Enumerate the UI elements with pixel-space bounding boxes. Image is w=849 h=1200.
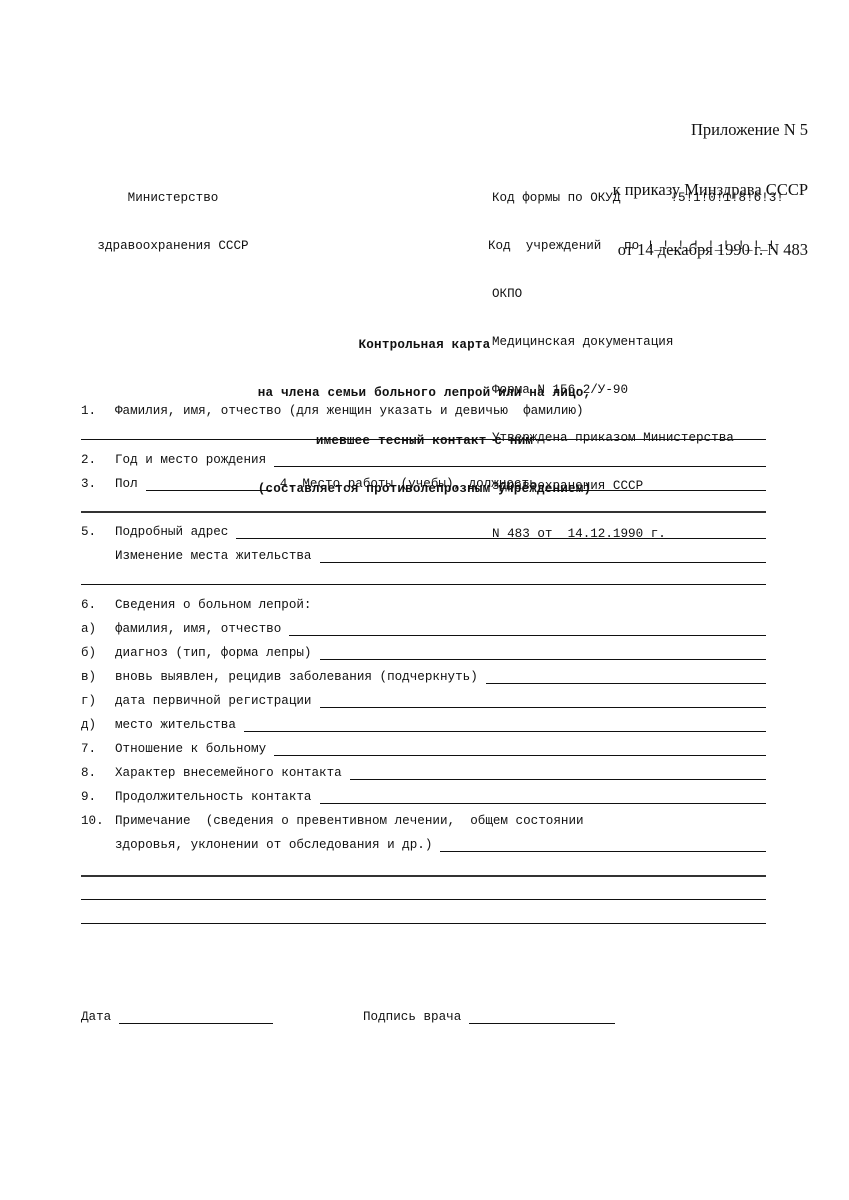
field-patient-info: 6. Сведения о больном лепрой: [81,594,766,612]
ministry-block: Министерство здравоохранения СССР [88,158,258,270]
field-notes-continued: здоровья, уклонении от обследования и др… [81,834,766,852]
field-label: 4. Место работы (учебы), должность [280,477,537,491]
notes-line-1[interactable] [81,875,766,877]
ministry-line-1: Министерство [88,190,258,206]
field-number: 6. [81,598,115,612]
work-input-line[interactable] [545,478,766,491]
okpo-label: Код учреждений по [488,239,639,253]
address-input-line[interactable] [236,526,766,539]
field-number: б) [81,646,115,660]
field-address: 5. Подробный адрес [81,521,766,539]
notes-line-3[interactable] [81,923,766,924]
notes-input-line[interactable] [440,839,766,852]
signature-label: Подпись врача [363,1010,461,1024]
field-sex-work: 3. Пол 4. Место работы (учебы), должност… [81,473,766,491]
okud-label: Код формы по ОКУД [492,191,620,205]
field-label: Год и место рождения [115,453,266,467]
field-label: Изменение места жительства [115,549,312,563]
work-continuation-line[interactable] [81,511,766,513]
okpo-suffix: ОКПО [492,286,784,302]
footer-signature: Подпись врача [363,1006,615,1024]
patient-name-input-line[interactable] [289,623,766,636]
field-label: фамилия, имя, отчество [115,622,281,636]
registration-date-input-line[interactable] [320,695,767,708]
field-label: Отношение к больному [115,742,266,756]
field-contact-type: 8. Характер внесемейного контакта [81,762,766,780]
okud-code: !5!1!0!1!8!6!3! [670,191,783,205]
title-line-2: на члена семьи больного лепрой или на ли… [0,385,849,401]
field-number: а) [81,622,115,636]
field-registration-date: г) дата первичной регистрации [81,690,766,708]
field-relationship: 7. Отношение к больному [81,738,766,756]
sex-input-line[interactable] [146,478,272,491]
field-contact-duration: 9. Продолжительность контакта [81,786,766,804]
okpo-code-field[interactable]: !_!_!_!_!_!_!_!_! [647,239,775,253]
field-number: в) [81,670,115,684]
field-label: Характер внесемейного контакта [115,766,342,780]
full-name-input-line[interactable] [81,439,766,440]
field-label: диагноз (тип, форма лепры) [115,646,312,660]
contact-type-input-line[interactable] [350,767,766,780]
field-number: 5. [81,525,115,539]
field-number: г) [81,694,115,708]
ministry-line-2: здравоохранения СССР [88,238,258,254]
field-number: 2. [81,453,115,467]
field-label: Сведения о больном лепрой: [115,598,312,612]
field-patient-residence: д) место жительства [81,714,766,732]
patient-residence-input-line[interactable] [244,719,766,732]
address-change-input-line[interactable] [320,550,767,563]
field-label: дата первичной регистрации [115,694,312,708]
footer-date: Дата [81,1006,273,1024]
title-line-3: имевшее тесный контакт с ним [0,433,849,449]
date-label: Дата [81,1010,111,1024]
field-birth: 2. Год и место рождения [81,449,766,467]
contact-duration-input-line[interactable] [320,791,767,804]
field-diagnosis: б) диагноз (тип, форма лепры) [81,642,766,660]
field-label: вновь выявлен, рецидив заболевания (подч… [115,670,478,684]
address-continuation-line[interactable] [81,584,766,585]
field-relapse: в) вновь выявлен, рецидив заболевания (п… [81,666,766,684]
title-line-1: Контрольная карта [0,337,849,353]
field-label: Подробный адрес [115,525,228,539]
field-address-change: Изменение места жительства [81,545,766,563]
relapse-input-line[interactable] [486,671,766,684]
field-number: 10. [81,814,115,828]
field-label: Примечание (сведения о превентивном лече… [115,814,584,828]
field-notes: 10. Примечание (сведения о превентивном … [81,810,766,828]
field-label: Пол [115,477,138,491]
field-number: 3. [81,477,115,491]
appendix-line-1: Приложение N 5 [613,120,808,140]
diagnosis-input-line[interactable] [320,647,767,660]
field-full-name: 1. Фамилия, имя, отчество (для женщин ук… [81,400,766,418]
field-patient-name: а) фамилия, имя, отчество [81,618,766,636]
field-label: Продолжительность контакта [115,790,312,804]
field-label: Фамилия, имя, отчество (для женщин указа… [115,404,584,418]
notes-line-2[interactable] [81,899,766,900]
birth-input-line[interactable] [274,454,766,467]
field-number: 9. [81,790,115,804]
field-number: д) [81,718,115,732]
signature-input-line[interactable] [469,1011,615,1024]
field-number: 7. [81,742,115,756]
field-number: 1. [81,404,115,418]
date-input-line[interactable] [119,1011,273,1024]
field-number: 8. [81,766,115,780]
relationship-input-line[interactable] [274,743,766,756]
field-label: здоровья, уклонении от обследования и др… [115,838,432,852]
field-label: место жительства [115,718,236,732]
